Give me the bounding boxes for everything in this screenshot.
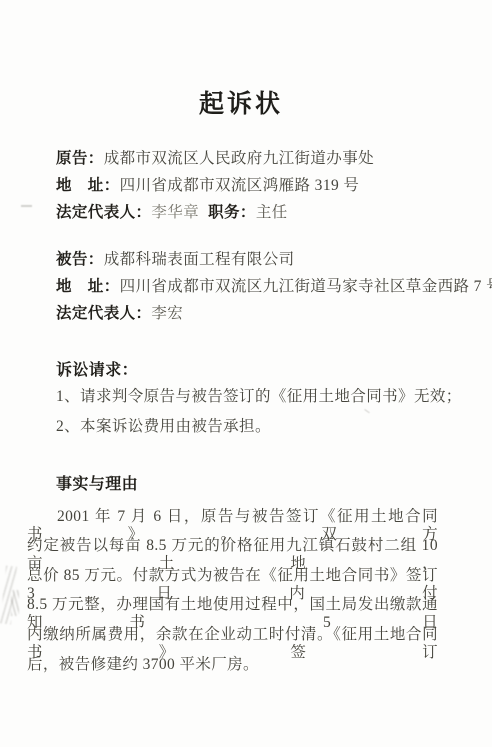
scanned-complaint-document: 起诉状 原告：成都市双流区人民政府九江街道办事处 地 址：四川省成都市双流区鸿雁… [0,0,492,747]
claims-heading: 诉讼请求： [56,362,138,380]
plaintiff-address-label: 地 址： [56,177,120,194]
plaintiff-name: 成都市双流区人民政府九江街道办事处 [104,150,374,167]
plaintiff-legal-rep-label: 法定代表人： [56,204,151,221]
plaintiff-post-value: 主任 [256,204,288,221]
plaintiff-legal-rep-name: 李华章 [151,204,199,221]
plaintiff-address-line: 地 址：四川省成都市双流区鸿雁路 319 号 [56,177,359,195]
defendant-address: 四川省成都市双流区九江街道马家寺社区草金西路 7 号 [120,278,492,295]
plaintiff-label: 原告： [56,150,104,167]
defendant-address-label: 地 址： [56,278,120,295]
scan-dash-artifact [21,205,32,207]
scan-smudge-artifact [0,566,17,625]
defendant-label: 被告： [56,251,104,268]
defendant-legal-rep-label: 法定代表人： [56,305,151,322]
plaintiff-legal-rep-line: 法定代表人：李华章职务：主任 [56,204,288,222]
scan-tick-artifact [360,409,370,419]
plaintiff-line: 原告：成都市双流区人民政府九江街道办事处 [56,150,374,168]
facts-heading: 事实与理由 [56,476,138,494]
plaintiff-post-label: 职务： [208,204,256,221]
plaintiff-address: 四川省成都市双流区鸿雁路 319 号 [120,177,360,194]
defendant-legal-rep-line: 法定代表人：李宏 [56,305,183,323]
document-title: 起诉状 [0,84,482,120]
defendant-address-line: 地 址：四川省成都市双流区九江街道马家寺社区草金西路 7 号 [56,278,492,296]
claim-item-1: 1、请求判令原告与被告签订的《征用土地合同书》无效； [56,388,462,406]
defendant-line: 被告：成都科瑞表面工程有限公司 [56,251,295,269]
claim-item-2: 2、本案诉讼费用由被告承担。 [56,418,271,436]
facts-line-6: 后，被告修建约 3700 平米厂房。 [27,656,259,674]
defendant-name: 成都科瑞表面工程有限公司 [104,251,295,268]
defendant-legal-rep-name: 李宏 [151,305,183,322]
scan-smudge-artifact [11,590,19,616]
